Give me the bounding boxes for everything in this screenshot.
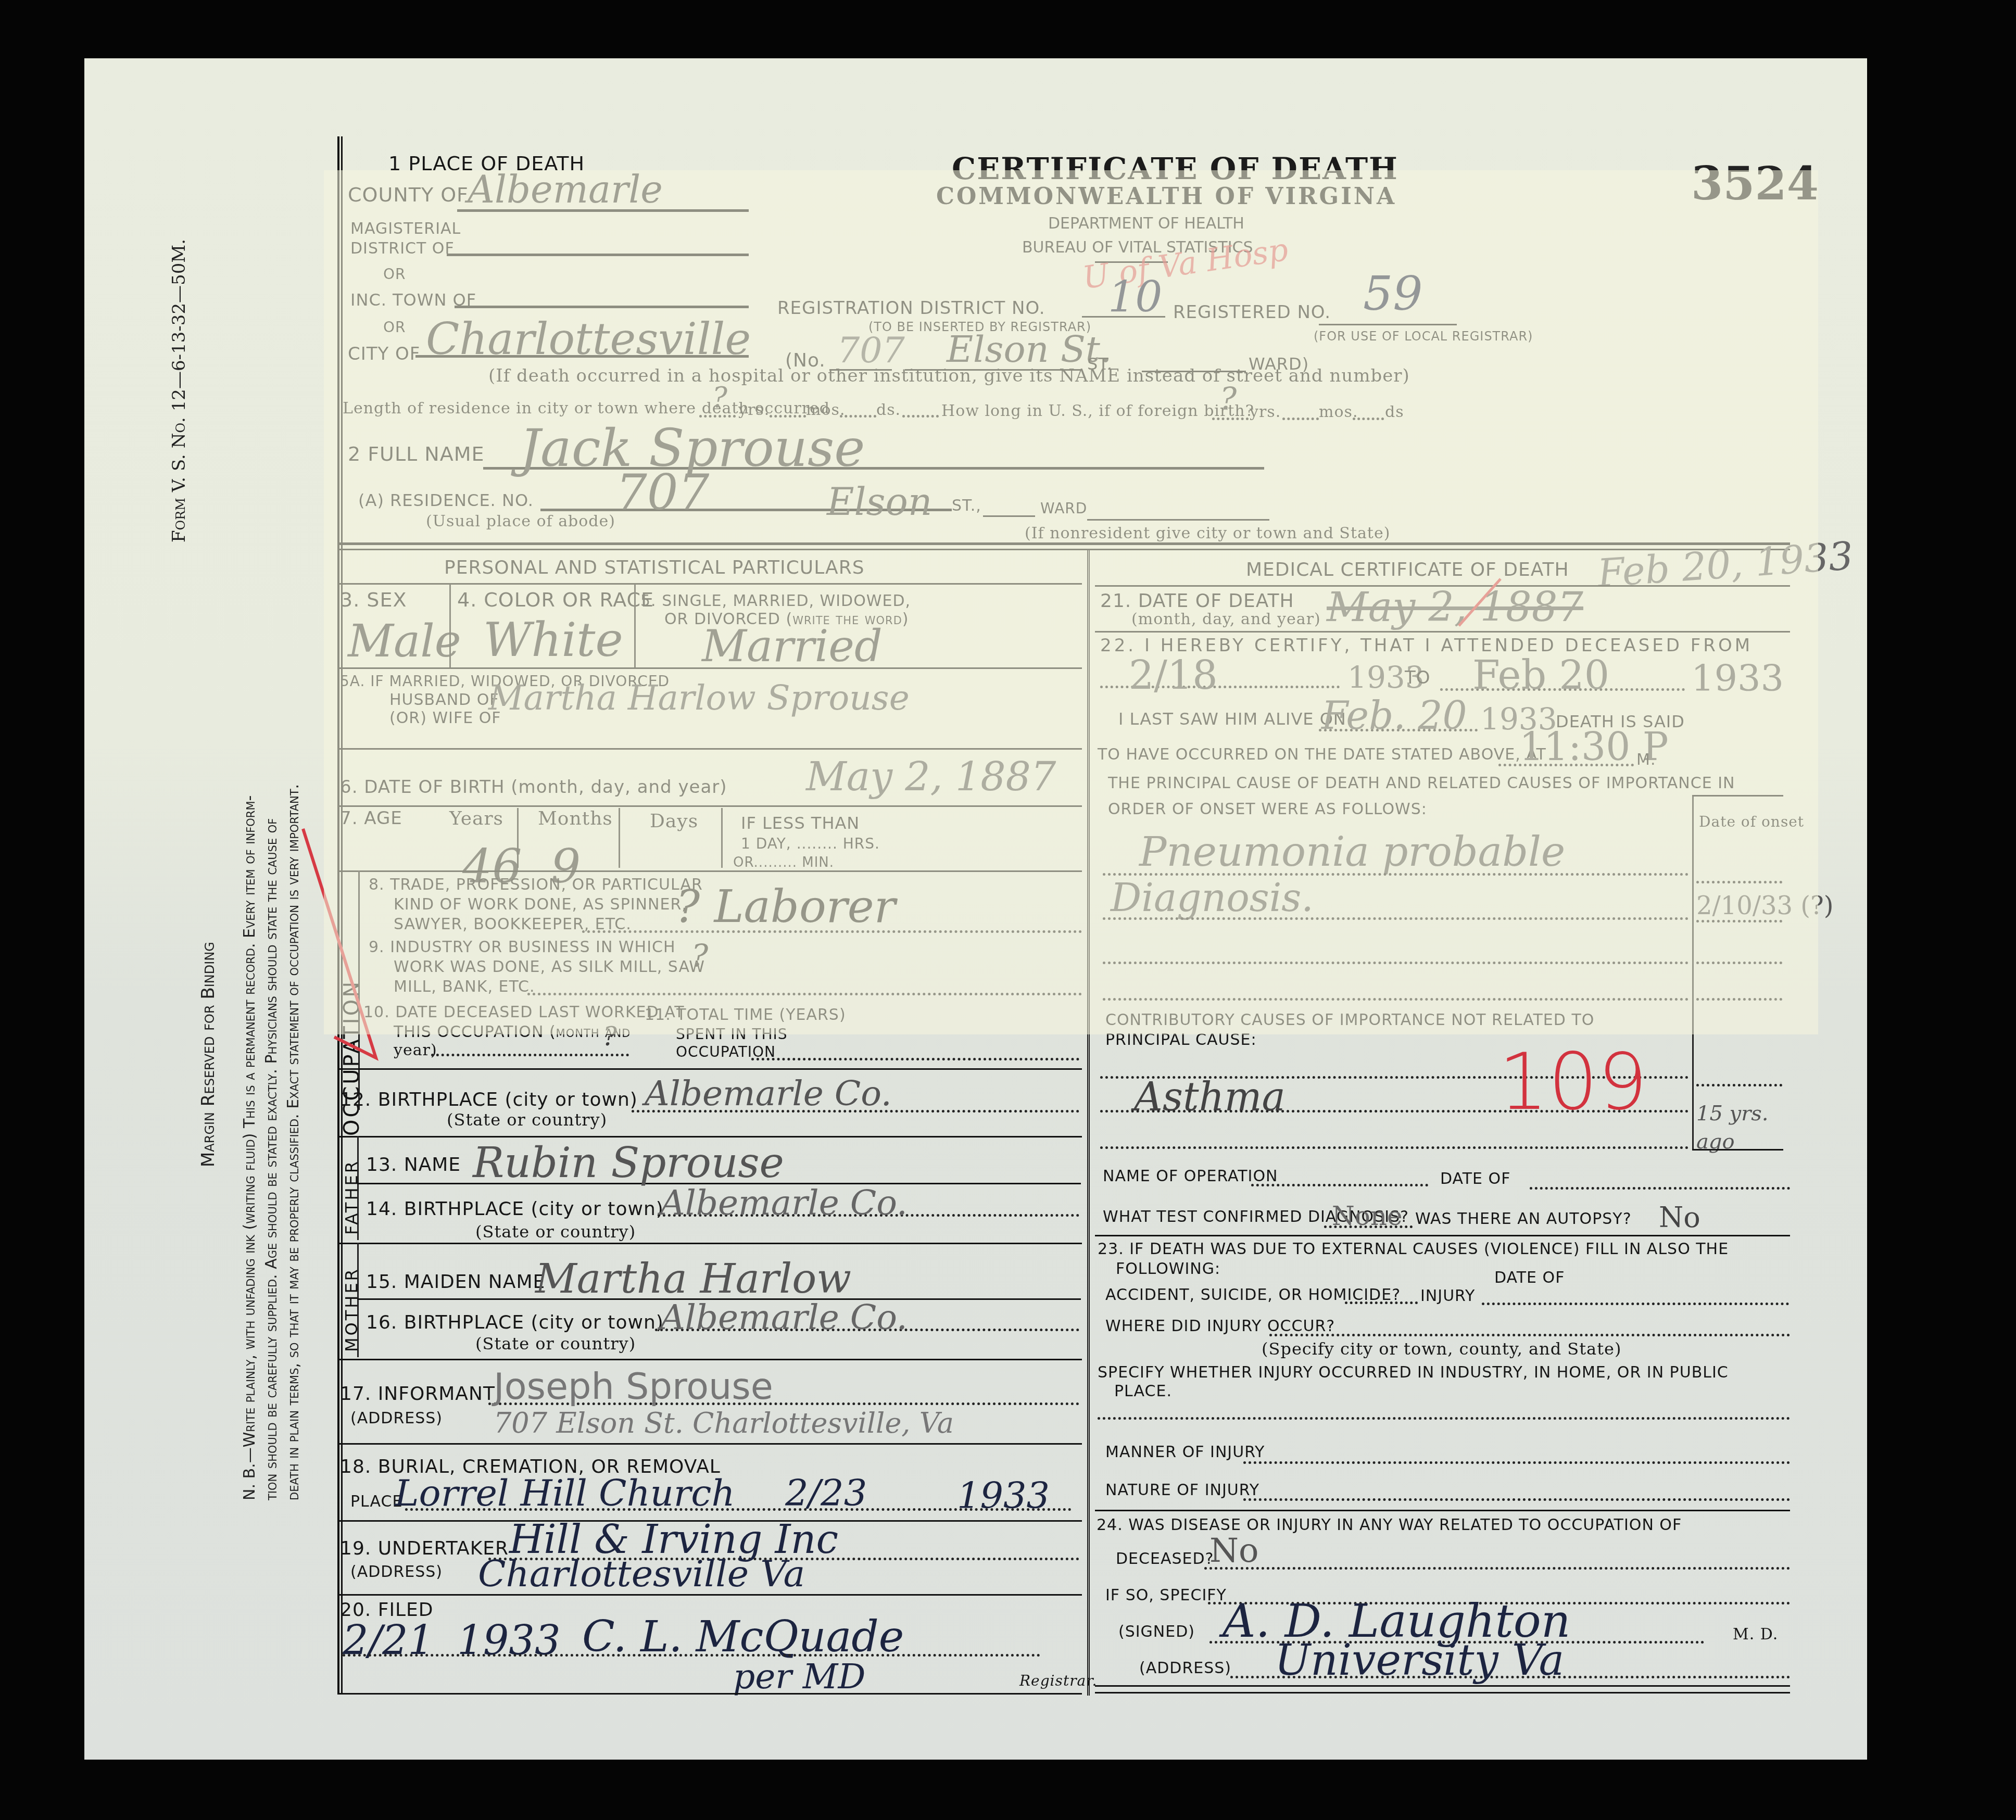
death-certificate-document: Form V. S. No. 12—6-13-32—50M. Margin Re… (84, 58, 1867, 1760)
red-check-marks (84, 58, 1867, 1760)
